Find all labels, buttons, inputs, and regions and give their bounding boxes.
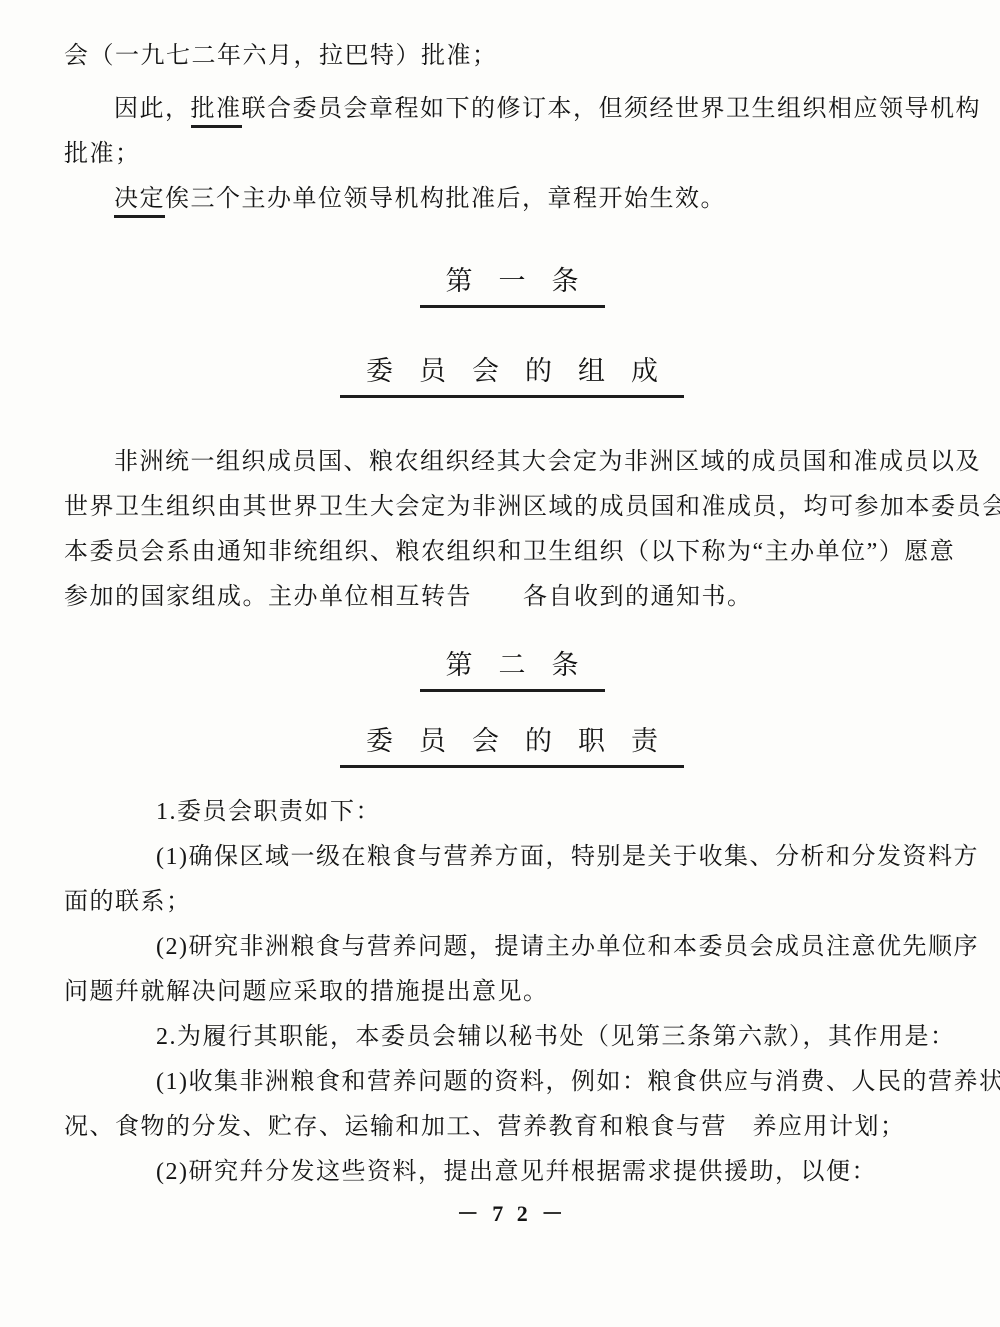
subitem-number: (1) xyxy=(110,835,188,880)
article-2-item-1-sub-1: (1)确保区域一级在粮食与营养方面，特别是关于收集、分析和分发资料方 xyxy=(64,835,960,880)
article-2-item-2-sub-2: (2)研究幷分发这些资料，提出意见幷根据需求提供援助，以便： xyxy=(64,1150,960,1195)
subitem-text: 研究幷分发这些资料，提出意见幷根据需求提供援助，以便： xyxy=(188,1159,877,1185)
article-2-heading: 第二条 xyxy=(420,648,605,692)
article-1-paragraph-line: 世界卫生组织由其世界卫生大会定为非洲区域的成员国和准成员，均可参加本委员会。 xyxy=(64,485,960,530)
subitem-number: (1) xyxy=(110,1060,188,1105)
subitem-number: (2) xyxy=(110,925,188,970)
subitem-number: (2) xyxy=(110,1150,188,1195)
article-2-item-1-sub-1-continuation: 面的联系； xyxy=(64,880,960,925)
article-2-item-2-sub-1-continuation: 况、食物的分发、贮存、运输和加工、营养教育和粮食与营 养应用计划； xyxy=(64,1105,960,1150)
item-text: 委员会职责如下： xyxy=(177,799,381,825)
article-2-item-1: 1.委员会职责如下： xyxy=(64,790,960,835)
article-1-paragraph-line: 非洲统一组织成员国、粮农组织经其大会定为非洲区域的成员国和准成员以及 xyxy=(64,440,960,485)
article-1-subheading: 委员会的组成 xyxy=(340,354,684,398)
preamble-therefore-line: 因此，批准联合委员会章程如下的修订本，但须经世界卫生组织相应领导机构 xyxy=(64,87,960,132)
article-1-heading: 第一条 xyxy=(420,264,605,308)
article-1-subheading-row: 委员会的组成 xyxy=(64,354,960,398)
article-2-item-1-sub-2: (2)研究非洲粮食与营养问题，提请主办单位和本委员会成员注意优先顺序 xyxy=(64,925,960,970)
article-2-item-2-sub-1: (1)收集非洲粮食和营养问题的资料，例如：粮食供应与消费、人民的营养状 xyxy=(64,1060,960,1105)
preamble-therefore-continuation: 批准； xyxy=(64,132,960,177)
item-text: 为履行其职能，本委员会辅以秘书处（见第三条第六款），其作用是： xyxy=(177,1024,956,1050)
scanned-document-page: 会（一九七二年六月，拉巴特）批准； 因此，批准联合委员会章程如下的修订本，但须经… xyxy=(0,0,1000,1327)
article-1-paragraph-line: 参加的国家组成。主办单位相互转告 各自收到的通知书。 xyxy=(64,575,960,620)
preamble-decide-line: 决定俟三个主办单位领导机构批准后，章程开始生效。 xyxy=(64,177,960,222)
article-2-item-2: 2.为履行其职能，本委员会辅以秘书处（见第三条第六款），其作用是： xyxy=(64,1015,960,1060)
therefore-underlined-word: 批准 xyxy=(191,96,242,128)
decide-rest: 俟三个主办单位领导机构批准后，章程开始生效。 xyxy=(165,186,726,212)
article-2-subheading-row: 委员会的职责 xyxy=(64,724,960,768)
document-content: 会（一九七二年六月，拉巴特）批准； 因此，批准联合委员会章程如下的修订本，但须经… xyxy=(0,0,1000,1228)
article-1-heading-row: 第一条 xyxy=(64,264,960,308)
decide-underlined-word: 决定 xyxy=(114,186,165,218)
subitem-text: 收集非洲粮食和营养问题的资料，例如：粮食供应与消费、人民的营养状 xyxy=(188,1069,1000,1095)
item-number: 1. xyxy=(110,790,177,835)
page-number: － 7 2 － xyxy=(64,1197,960,1228)
item-number: 2. xyxy=(110,1015,177,1060)
subitem-text: 确保区域一级在粮食与营养方面，特别是关于收集、分析和分发资料方 xyxy=(188,844,979,870)
article-2-heading-row: 第二条 xyxy=(64,648,960,692)
article-2-subheading: 委员会的职责 xyxy=(340,724,684,768)
article-1-paragraph-line: 本委员会系由通知非统组织、粮农组织和卫生组织（以下称为“主办单位”）愿意 xyxy=(64,530,960,575)
therefore-prefix: 因此， xyxy=(114,96,191,122)
subitem-text: 研究非洲粮食与营养问题，提请主办单位和本委员会成员注意优先顺序 xyxy=(188,934,979,960)
preamble-line-1: 会（一九七二年六月，拉巴特）批准； xyxy=(64,34,960,79)
therefore-rest: 联合委员会章程如下的修订本，但须经世界卫生组织相应领导机构 xyxy=(242,96,982,122)
article-2-item-1-sub-2-continuation: 问题幷就解决问题应采取的措施提出意见。 xyxy=(64,970,960,1015)
